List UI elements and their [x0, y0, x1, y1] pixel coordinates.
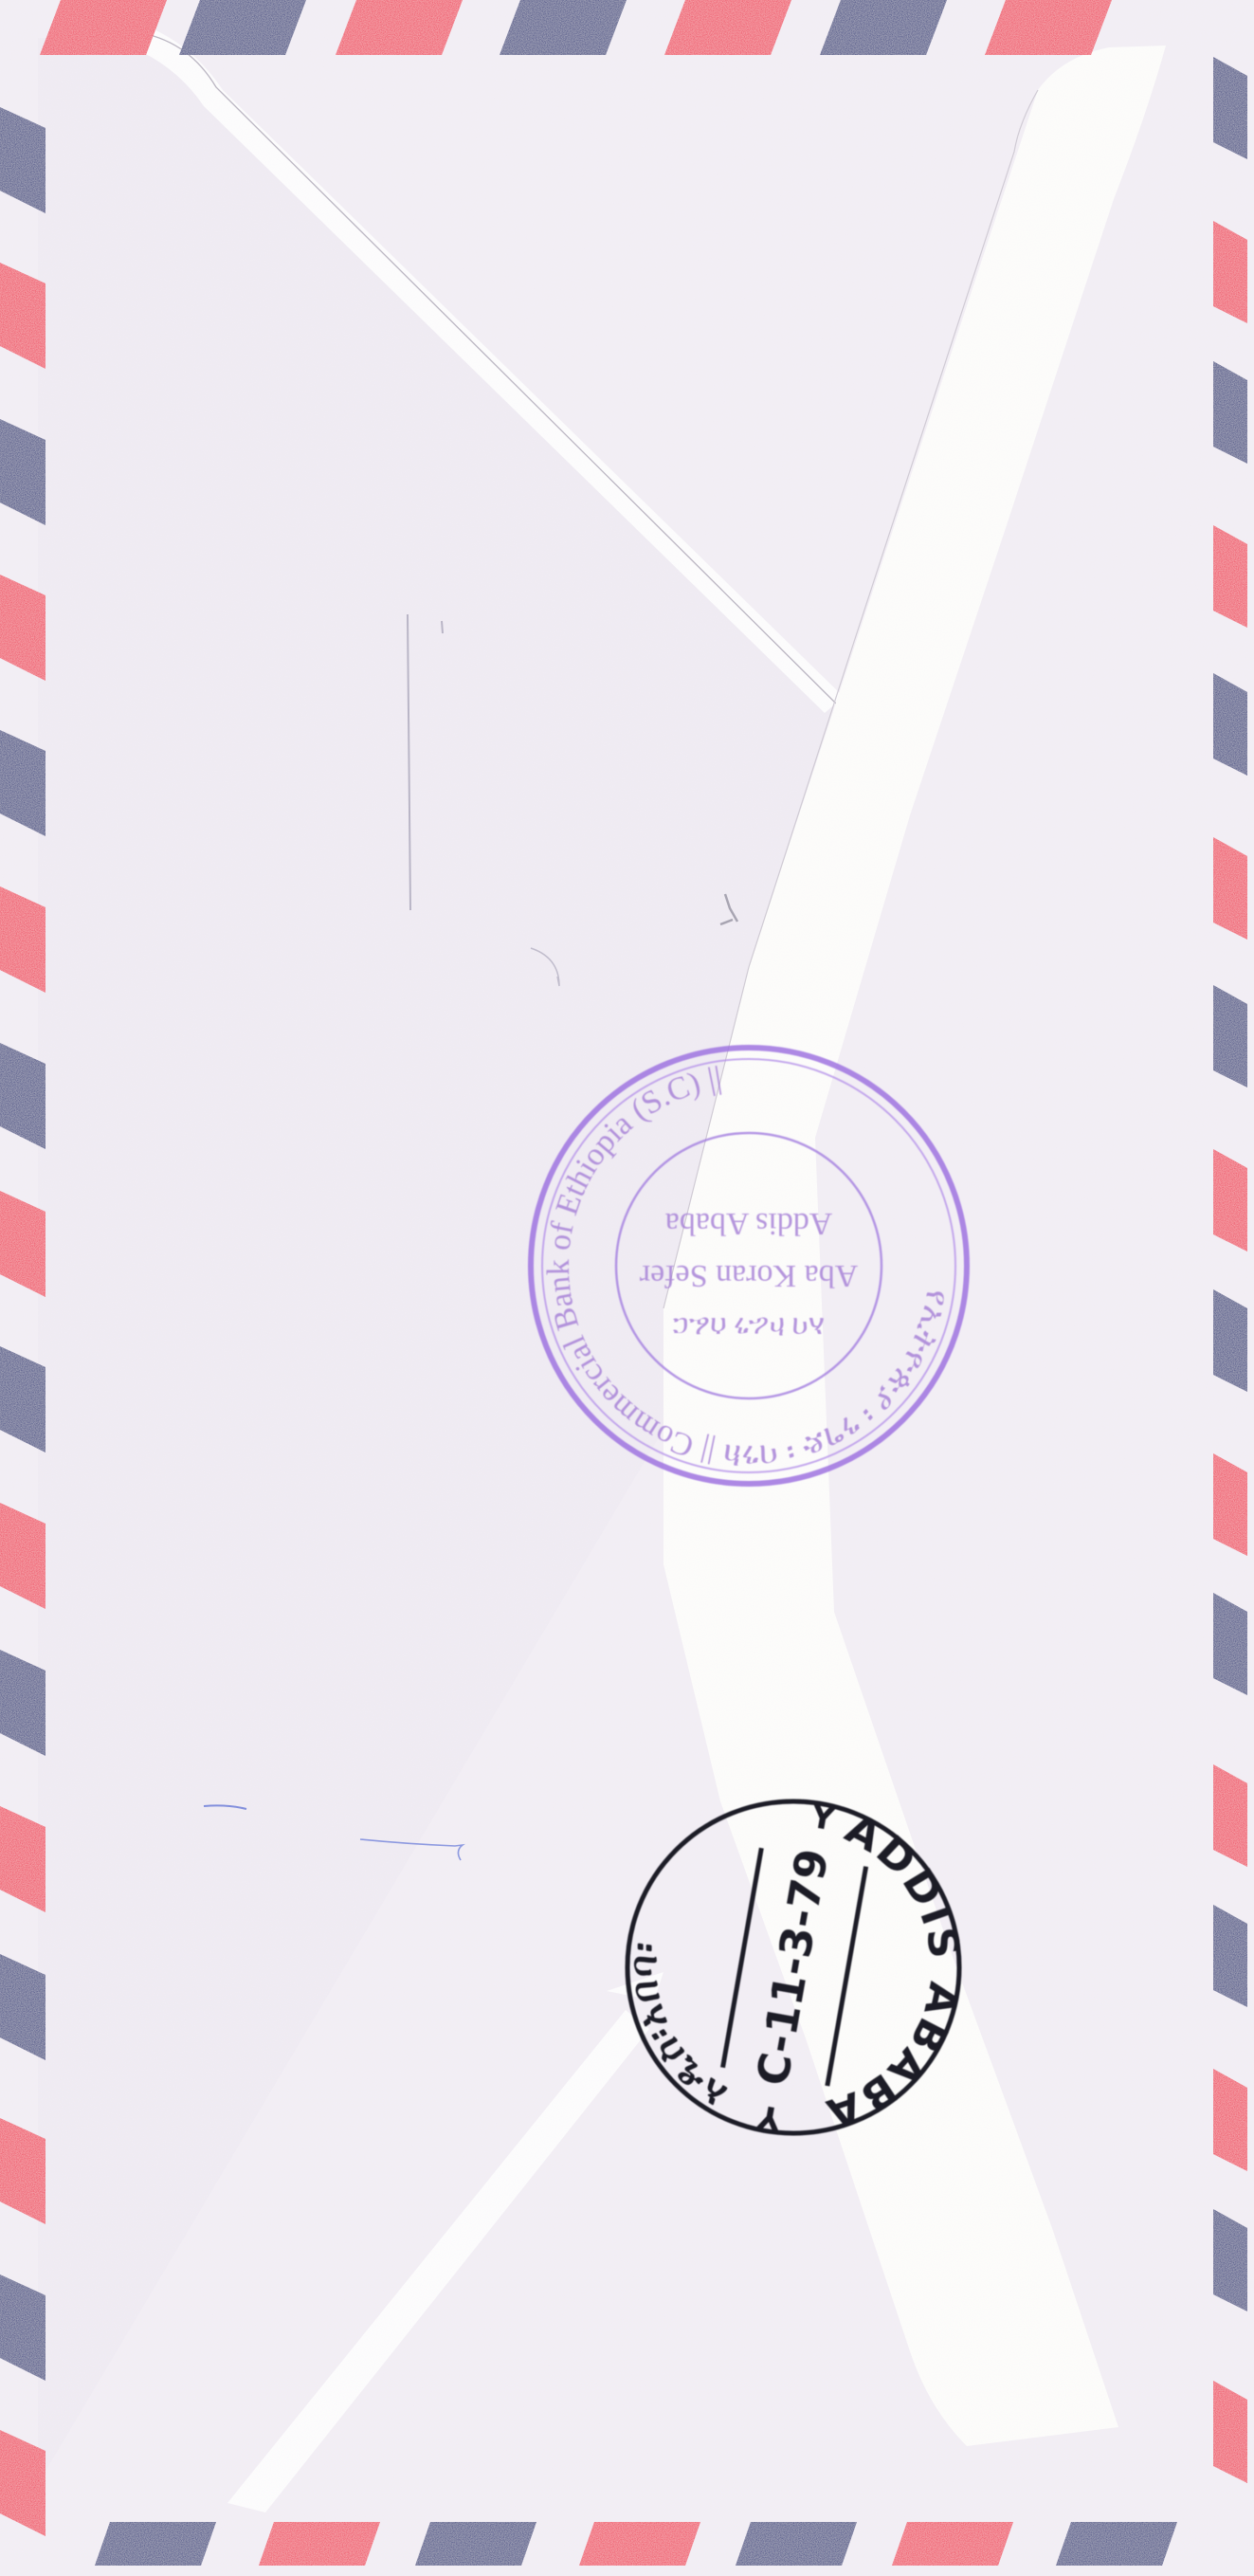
- paper-grain: [0, 0, 1254, 2576]
- border-stripe: [500, 0, 627, 55]
- bank-seal-line-2: Aba Koran Sefer: [639, 1258, 858, 1293]
- border-stripe: [664, 0, 791, 55]
- bank-seal-line-3: Addis Ababa: [665, 1206, 833, 1241]
- border-stripe: [40, 0, 167, 55]
- bank-seal-line-1: አባ ኮራን ሰፈር: [672, 1311, 825, 1343]
- border-stripe: [736, 2522, 857, 2566]
- border-stripe: [820, 0, 947, 55]
- border-stripe: [336, 0, 463, 55]
- border-stripe: [579, 2522, 700, 2566]
- border-stripe: [179, 0, 306, 55]
- border-stripe: [1056, 2522, 1177, 2566]
- envelope-artwork: የኢትዮጵያ ፡ ንግድ ፡ ባንክ || Commercial Bank of…: [0, 0, 1254, 2576]
- border-stripe: [95, 2522, 216, 2566]
- border-stripe: [985, 0, 1112, 55]
- border-stripe: [892, 2522, 1013, 2566]
- envelope-back: የኢትዮጵያ ፡ ንግድ ፡ ባንክ || Commercial Bank of…: [0, 0, 1254, 2576]
- border-stripe: [259, 2522, 380, 2566]
- border-stripe: [415, 2522, 536, 2566]
